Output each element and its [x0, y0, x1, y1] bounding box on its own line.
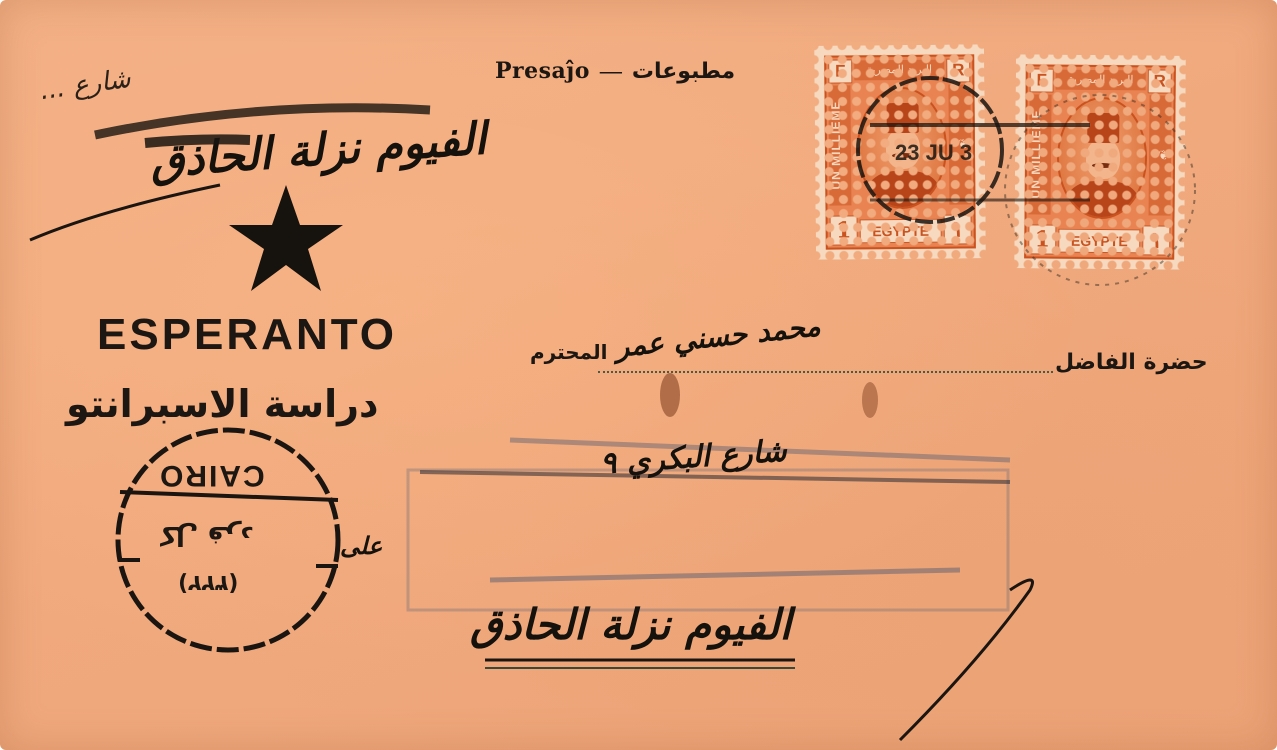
stamp-country: EGYPTE — [1058, 229, 1140, 254]
stamp-side-ornament: ❦ — [1149, 95, 1172, 215]
handwritten-street: شارع البكري ٩ — [599, 434, 788, 482]
stamp-corner-right: R — [1148, 69, 1172, 93]
stamp-corner-left: F — [828, 59, 852, 83]
handwritten-origin-line: الفيوم نزلة الحاذق — [149, 113, 488, 187]
handwritten-city-line: الفيوم نزلة الحاذق — [470, 600, 791, 649]
postmark-city: CAIRO — [158, 458, 265, 492]
header-arabic: مطبوعات — [632, 59, 735, 84]
handwritten-recipient-name: محمد حسني عمر — [614, 309, 822, 363]
address-dotted-line — [598, 371, 1053, 373]
postmark-arabic-line-2: (٣٢٢) — [178, 570, 238, 595]
stamp-denomination: UN MILLIEME — [828, 85, 851, 205]
address-label: حضرة الفاضل — [1055, 350, 1208, 375]
stamp-country: EGYPTE — [860, 219, 942, 244]
stamp-value-arabic: ١ — [944, 214, 972, 244]
sender-subtitle-arabic: دراسة الاسبرانتو — [66, 382, 379, 426]
envelope: Presaĵo—مطبوعات شارع ... الفيوم نزلة الح… — [0, 0, 1277, 750]
postmark-arabic-line-1: كل فرد — [160, 520, 254, 550]
stamp-corner-left: F — [1030, 68, 1054, 92]
king-portrait-icon — [1057, 97, 1148, 220]
cancellation-date: 23 JU 3 — [895, 140, 972, 166]
stamp-value-latin: 1 — [830, 215, 858, 245]
crossed-out-handwriting: شارع ... — [38, 64, 132, 106]
stamp-corner-right: R — [946, 58, 970, 82]
header-latin: Presaĵo — [495, 58, 590, 84]
stamp-denomination: UN MILLIEME — [1029, 94, 1052, 214]
header-separator: — — [600, 58, 622, 83]
sender-title: ESPERANTO — [97, 310, 397, 360]
star-icon — [226, 183, 346, 293]
stamp-banner: البريد المصرية — [854, 60, 944, 81]
printed-matter-header: Presaĵo—مطبوعات — [495, 58, 735, 84]
side-note: على — [340, 532, 382, 560]
stamp-value-latin: 1 — [1028, 224, 1056, 254]
stamp-banner: البريد المصرية — [1056, 70, 1146, 91]
stamp-value-arabic: ١ — [1142, 225, 1170, 255]
address-honorific: المحترم — [530, 340, 607, 364]
postage-stamp: F R البريد المصرية UN MILLIEME ❦ 1 EGYPT… — [1014, 54, 1186, 269]
